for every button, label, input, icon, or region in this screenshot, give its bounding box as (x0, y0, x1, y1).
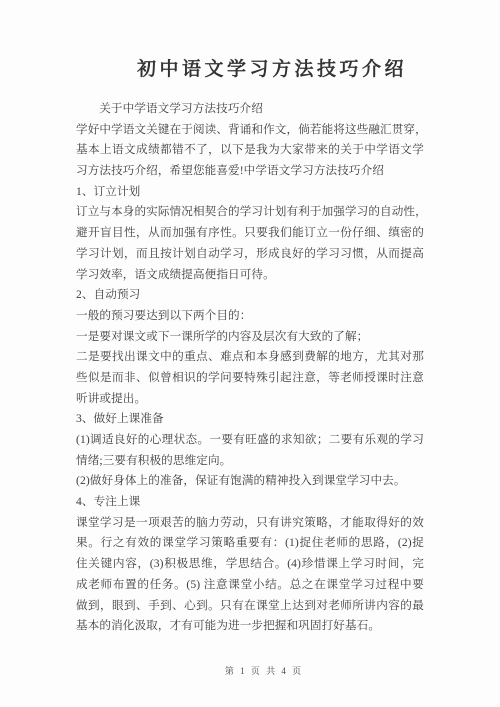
text-line: 2、自动预习 (76, 285, 424, 306)
text-line: 些似是而非、似曾相识的学问要特殊引起注意，等老师授课时注意 (76, 368, 424, 389)
text-line: 情绪;三要有积极的思维定向。 (76, 451, 424, 472)
text-line: 果。行之有效的课堂学习策略重要有：(1)捉住老师的思路，(2)捉 (76, 533, 424, 554)
text-line: 基本的消化汲取，才有可能为进一步把握和巩固打好基石。 (76, 616, 424, 637)
document-page: 初中语文学习方法技巧介绍 关于中学语文学习方法技巧介绍学好中学语文关键在于阅读、… (0, 0, 500, 707)
text-line: 4、专注上课 (76, 492, 424, 513)
document-title: 初中语文学习方法技巧介绍 (76, 0, 424, 82)
text-line: 学好中学语文关键在于阅读、背诵和作文，倘若能将这些融汇贯穿， (76, 120, 424, 141)
text-line: 一般的预习要达到以下两个目的： (76, 306, 424, 327)
text-line: 基本上语文成绩都错不了，以下是我为大家带来的关于中学语文学 (76, 140, 424, 161)
text-line: 二是要找出课文中的重点、难点和本身感到费解的地方，尤其对那 (76, 347, 424, 368)
text-line: 习方法技巧介绍，希望您能喜爱!中学语文学习方法技巧介绍 (76, 161, 424, 182)
text-line: 订立与本身的实际情况相契合的学习计划有利于加强学习的自动性， (76, 202, 424, 223)
text-line: 学习计划，而且按计划自动学习，形成良好的学习习惯，从而提高 (76, 244, 424, 265)
text-line: 一是要对课文或下一课所学的内容及层次有大致的了解； (76, 327, 424, 348)
text-line: 成老师布置的任务。(5) 注意课堂小结。总之在课堂学习过程中要 (76, 575, 424, 596)
text-lines: 关于中学语文学习方法技巧介绍学好中学语文关键在于阅读、背诵和作文，倘若能将这些融… (76, 99, 424, 637)
text-line: 听讲或提出。 (76, 389, 424, 410)
text-line: 住关键内容，(3)积极思维，学思结合。(4)珍惜课上学习时间，完 (76, 554, 424, 575)
text-line: 1、订立计划 (76, 182, 424, 203)
text-line: 学习效率，语文成绩提高便指日可待。 (76, 265, 424, 286)
page-indicator: 第 1 页 共 4 页 (225, 666, 303, 676)
page-footer: 第 1 页 共 4 页 (76, 664, 424, 677)
text-line: 关于中学语文学习方法技巧介绍 (76, 99, 424, 120)
text-line: 3、做好上课准备 (76, 409, 424, 430)
text-line: (2)做好身体上的准备，保证有饱满的精神投入到课堂学习中去。 (76, 471, 424, 492)
text-line: 课堂学习是一项艰苦的脑力劳动，只有讲究策略，才能取得好的效 (76, 513, 424, 534)
text-line: 避开盲目性，从而加强有序性。只要我们能订立一份仔细、缜密的 (76, 223, 424, 244)
text-line: (1)调适良好的心理状态。一要有旺盛的求知欲；二要有乐观的学习 (76, 430, 424, 451)
text-line: 做到，眼到、手到、心到。只有在课堂上达到对老师所讲内容的最 (76, 596, 424, 617)
